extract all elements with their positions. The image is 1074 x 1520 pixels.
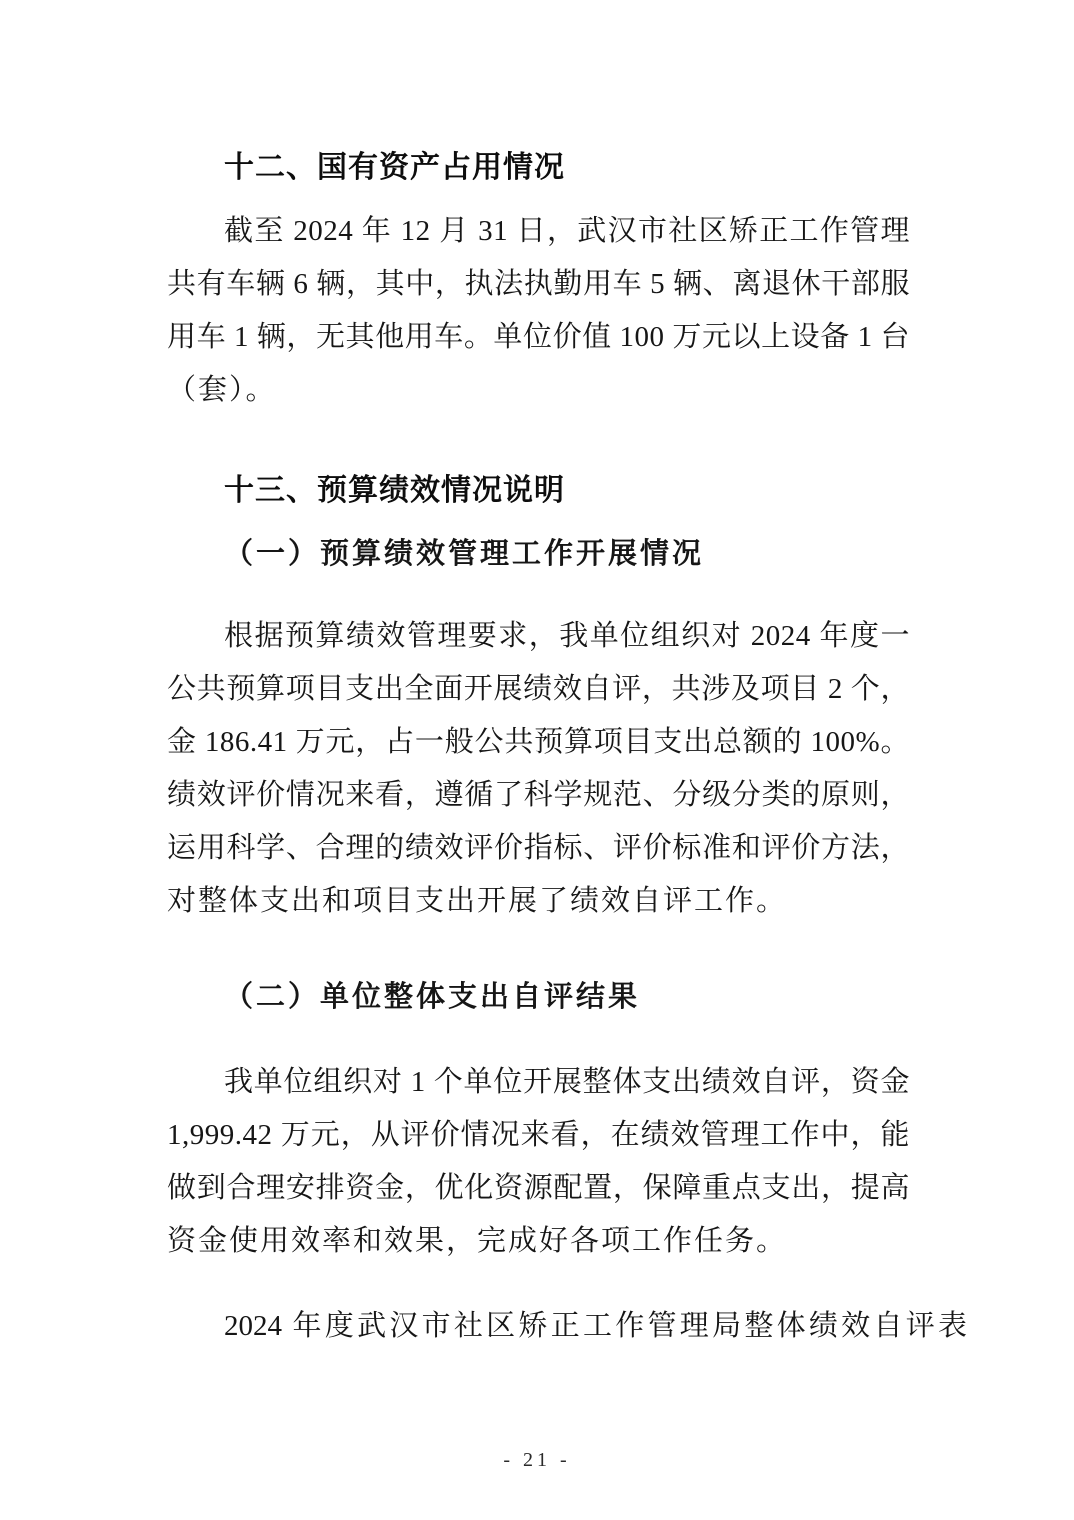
page-number: - 21 - — [0, 1448, 1074, 1472]
body-line: 根据预算绩效管理要求，我单位组织对 2024 年度一般 — [167, 610, 910, 663]
body-line: 运用科学、合理的绩效评价指标、评价标准和评价方法， — [167, 822, 910, 875]
body-line: 我单位组织对 1 个单位开展整体支出绩效自评，资金 — [167, 1056, 910, 1109]
body-line: 资金使用效率和效果，完成好各项工作任务。 — [167, 1215, 910, 1268]
document-page: 十二、国有资产占用情况 截至 2024 年 12 月 31 日，武汉市社区矫正工… — [0, 0, 1074, 1520]
body-line: 共有车辆 6 辆，其中，执法执勤用车 5 辆、离退休干部服务 — [167, 258, 910, 311]
body-line: 对整体支出和项目支出开展了绩效自评工作。 — [167, 875, 910, 928]
body-line: 绩效评价情况来看，遵循了科学规范、分级分类的原则， — [167, 769, 910, 822]
section-heading-state-assets: 十二、国有资产占用情况 — [167, 148, 967, 188]
paragraph-performance-management: 根据预算绩效管理要求，我单位组织对 2024 年度一般 公共预算项目支出全面开展… — [167, 610, 910, 928]
section-heading-budget-performance: 十三、预算绩效情况说明 — [167, 471, 967, 511]
body-line: 金 186.41 万元，占一般公共预算项目支出总额的 100%。从 — [167, 716, 910, 769]
subsection-heading-overall-self-evaluation: （二）单位整体支出自评结果 — [167, 975, 967, 1019]
body-line: 1,999.42 万元，从评价情况来看，在绩效管理工作中，能 — [167, 1109, 910, 1162]
body-line: （套）。 — [167, 364, 910, 417]
body-line: 截至 2024 年 12 月 31 日，武汉市社区矫正工作管理局 — [167, 205, 910, 258]
paragraph-overall-self-evaluation: 我单位组织对 1 个单位开展整体支出绩效自评，资金 1,999.42 万元，从评… — [167, 1056, 910, 1268]
body-line: 做到合理安排资金，优化资源配置，保障重点支出，提高 — [167, 1162, 910, 1215]
closing-line-self-evaluation-table-title: 2024 年度武汉市社区矫正工作管理局整体绩效自评表 — [167, 1300, 967, 1353]
body-line: 公共预算项目支出全面开展绩效自评，共涉及项目 2 个，资 — [167, 663, 910, 716]
body-line: 用车 1 辆，无其他用车。单位价值 100 万元以上设备 1 台 — [167, 311, 910, 364]
paragraph-state-assets: 截至 2024 年 12 月 31 日，武汉市社区矫正工作管理局 共有车辆 6 … — [167, 205, 910, 417]
subsection-heading-performance-management: （一）预算绩效管理工作开展情况 — [167, 532, 967, 576]
